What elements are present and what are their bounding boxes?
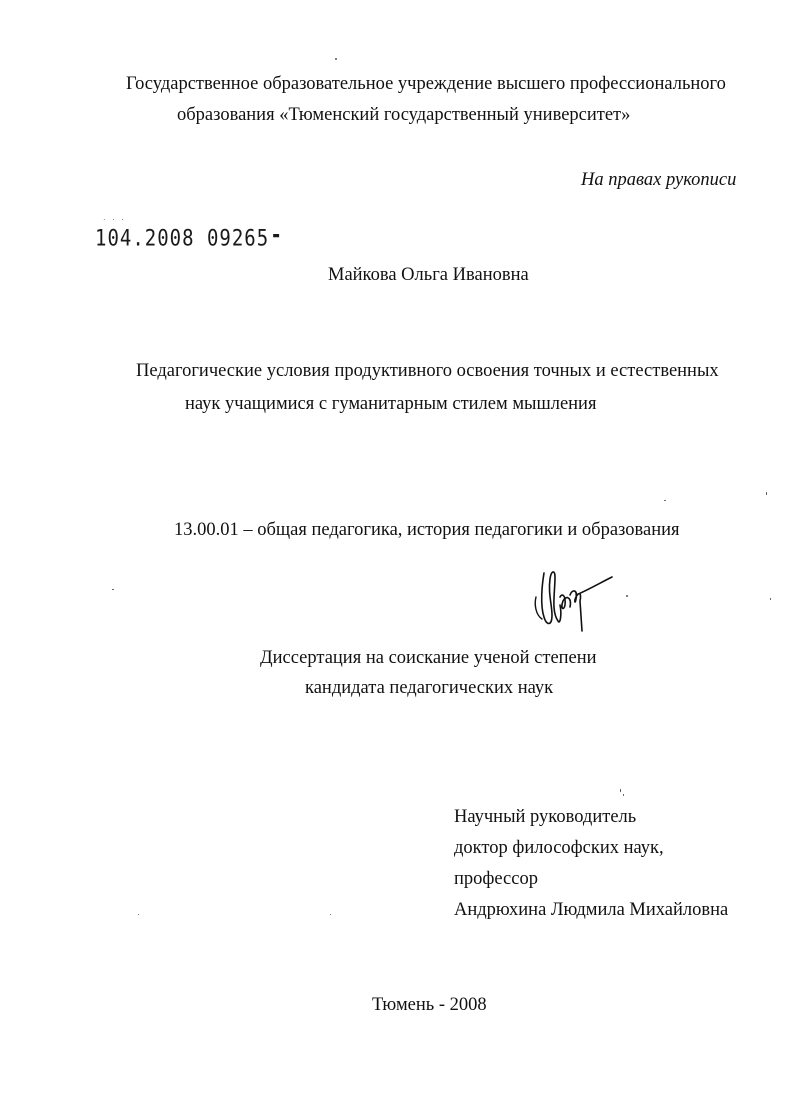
- scan-speck: [112, 589, 114, 590]
- place-year: Тюмень - 2008: [372, 996, 487, 1015]
- stamp-dots: . . .: [103, 213, 126, 222]
- scan-speck: [620, 789, 621, 792]
- degree-line-1: Диссертация на соискание ученой степени: [260, 649, 597, 668]
- scan-speck: [770, 598, 771, 600]
- registration-stamp: 104.2008 09265▬: [95, 226, 280, 251]
- dissertation-title-line-1: Педагогические условия продуктивного осв…: [136, 362, 719, 381]
- stamp-mark-icon: ▬: [273, 229, 280, 242]
- scan-speck: [330, 914, 331, 915]
- registration-number: 104.2008 09265: [95, 226, 269, 251]
- scan-speck: [138, 914, 139, 915]
- scan-speck: [664, 500, 666, 501]
- specialty-code: 13.00.01 – общая педагогика, история пед…: [174, 521, 680, 540]
- dissertation-title-line-2: наук учащимися с гуманитарным стилем мыш…: [185, 395, 596, 414]
- supervisor-degree: доктор философских наук,: [454, 839, 664, 858]
- supervisor-name: Андрюхина Людмила Михайловна: [454, 901, 728, 920]
- degree-line-2: кандидата педагогических наук: [305, 679, 553, 698]
- scan-speck: [623, 794, 624, 796]
- signature-icon: [530, 565, 630, 635]
- institution-line-2: образования «Тюменский государственный у…: [177, 106, 630, 125]
- scan-speck: [335, 58, 337, 60]
- manuscript-note: На правах рукописи: [581, 171, 736, 190]
- supervisor-rank: профессор: [454, 870, 538, 889]
- institution-line-1: Государственное образовательное учрежден…: [126, 75, 726, 94]
- author-name: Майкова Ольга Ивановна: [328, 266, 529, 285]
- supervisor-label: Научный руководитель: [454, 808, 636, 827]
- scan-speck: [766, 492, 767, 495]
